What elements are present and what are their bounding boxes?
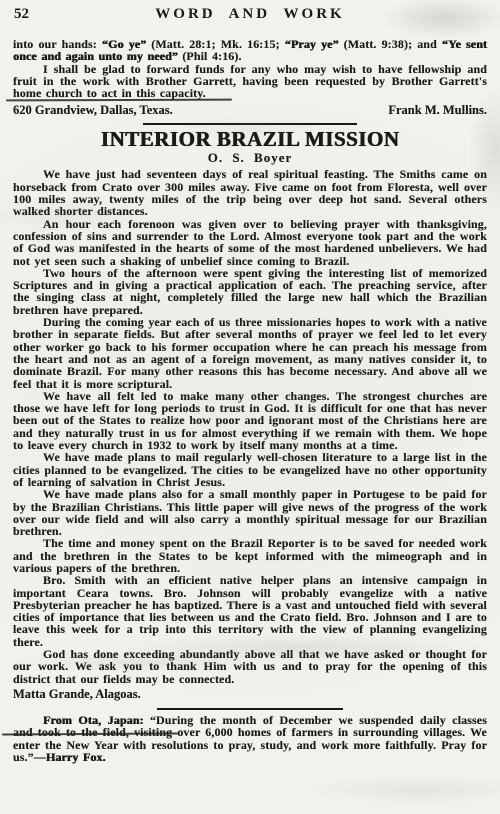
article-paragraph: During the coming year each of us three … xyxy=(13,316,487,390)
article-paragraph: We have made plans also for a small mont… xyxy=(13,488,487,537)
article-paragraph: The time and money spent on the Brazil R… xyxy=(13,537,487,574)
section-divider-rule xyxy=(143,123,357,125)
article-paragraph: We have all felt led to make many other … xyxy=(13,390,487,451)
scripture-ref-2: (Matt. 9:38); and xyxy=(339,37,442,51)
article-title: INTERIOR BRAZIL MISSION xyxy=(13,128,487,150)
continuation-paragraph: into our hands: “Go ye” (Matt. 28:1; Mk.… xyxy=(13,38,487,63)
article-paragraph: Bro. Smith with an efficient native help… xyxy=(13,574,487,648)
article-byline: O. S. Boyer xyxy=(13,151,487,165)
article-paragraph: We have just had seventeen days of real … xyxy=(13,168,487,217)
footer-divider-rule xyxy=(157,708,343,710)
article-body: We have just had seventeen days of real … xyxy=(13,168,487,684)
footer-note: From Ota, Japan: “During the month of De… xyxy=(13,714,487,763)
article-paragraph: Two hours of the afternoon were spent gi… xyxy=(13,267,487,316)
address: 620 Grandview, Dallas, Texas. xyxy=(13,103,173,118)
top-section: into our hands: “Go ye” (Matt. 28:1; Mk.… xyxy=(13,38,487,99)
page-header: 52 WORD AND WORK xyxy=(13,6,487,23)
author-signature: Frank M. Mullins. xyxy=(388,103,487,118)
scanned-journal-page: 52 WORD AND WORK into our hands: “Go ye”… xyxy=(0,0,500,814)
article-paragraph: An hour each forenoon was given over to … xyxy=(13,218,487,267)
scripture-quote-pray-ye: “Pray ye” xyxy=(285,37,339,51)
footer-signature: —Harry Fox. xyxy=(34,750,106,764)
article-paragraph: We have made plans to mail regularly wel… xyxy=(13,451,487,488)
address-signature-row: 620 Grandview, Dallas, Texas. Frank M. M… xyxy=(13,103,487,118)
journal-title: WORD AND WORK xyxy=(13,6,487,23)
article-paragraph: God has done exceeding abundantly above … xyxy=(13,648,487,685)
footer-paragraph: From Ota, Japan: “During the month of De… xyxy=(13,714,487,763)
closing-location: Matta Grande, Alagoas. xyxy=(13,687,487,702)
pledge-paragraph: I shall be glad to forward funds for any… xyxy=(13,63,487,100)
